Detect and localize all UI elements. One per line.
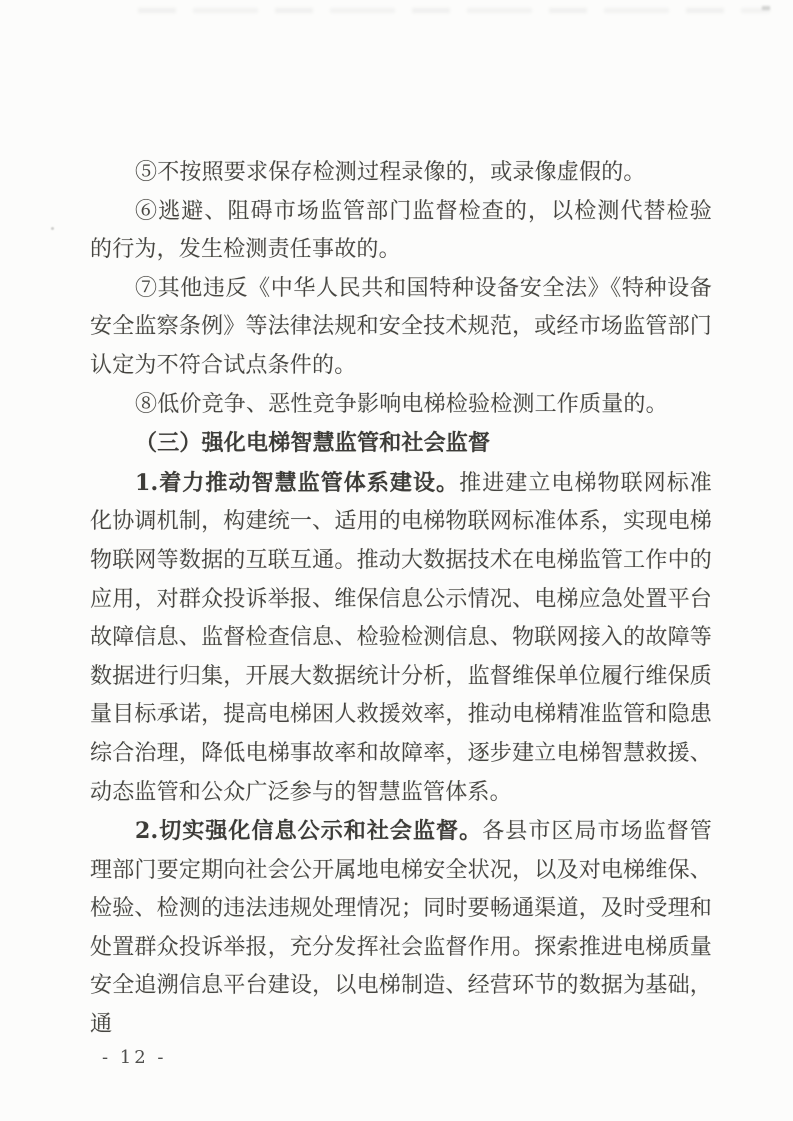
bold-text-run: 2.切实强化信息公示和社会监督。	[135, 818, 482, 844]
clause-item-5: ⑤不按照要求保存检测过程录像的，或录像虚假的。	[90, 154, 712, 193]
text-run: ⑦其他违反《中华人民共和国特种设备安全法》《特种设备安全监察条例》等法律法规和安…	[90, 276, 712, 378]
clause-item-6: ⑥逃避、阻碍市场监管部门监督检查的，以检测代替检验的行为，发生检测责任事故的。	[90, 193, 712, 270]
paragraph-information-disclosure: 2.切实强化信息公示和社会监督。各县市区局市场监督管理部门要定期向社会公开属地电…	[90, 812, 712, 1045]
bold-text-run: 1.着力推动智慧监管体系建设。	[135, 470, 459, 496]
clause-item-7: ⑦其他违反《中华人民共和国特种设备安全法》《特种设备安全监察条例》等法律法规和安…	[90, 270, 712, 386]
scan-artifact-dot	[51, 227, 54, 230]
bold-text-run: （三）强化电梯智慧监管和社会监督	[135, 430, 490, 456]
text-run: 各县市区局市场监督管理部门要定期向社会公开属地电梯安全状况，以及对电梯维保、检验…	[90, 819, 712, 1037]
text-run: ⑧低价竞争、恶性竞争影响电梯检验检测工作质量的。	[135, 392, 668, 417]
scan-artifact-speck	[762, 6, 770, 10]
text-run: 推进建立电梯物联网标准化协调机制，构建统一、适用的电梯物联网标准体系，实现电梯物…	[90, 471, 712, 805]
paragraph-smart-supervision: 1.着力推动智慧监管体系建设。推进建立电梯物联网标准化协调机制，构建统一、适用的…	[90, 464, 712, 812]
text-run: ⑥逃避、阻碍市场监管部门监督检查的，以检测代替检验的行为，发生检测责任事故的。	[90, 199, 712, 263]
text-run: ⑤不按照要求保存检测过程录像的，或录像虚假的。	[135, 160, 646, 185]
document-text: ⑤不按照要求保存检测过程录像的，或录像虚假的。⑥逃避、阻碍市场监管部门监督检查的…	[90, 154, 712, 1045]
reverse-side-bleed-through	[138, 8, 770, 13]
page-number: - 12 -	[102, 1046, 167, 1070]
section-heading-3: （三）强化电梯智慧监管和社会监督	[90, 424, 712, 464]
document-page: ⑤不按照要求保存检测过程录像的，或录像虚假的。⑥逃避、阻碍市场监管部门监督检查的…	[0, 0, 793, 1121]
clause-item-8: ⑧低价竞争、恶性竞争影响电梯检验检测工作质量的。	[90, 386, 712, 425]
